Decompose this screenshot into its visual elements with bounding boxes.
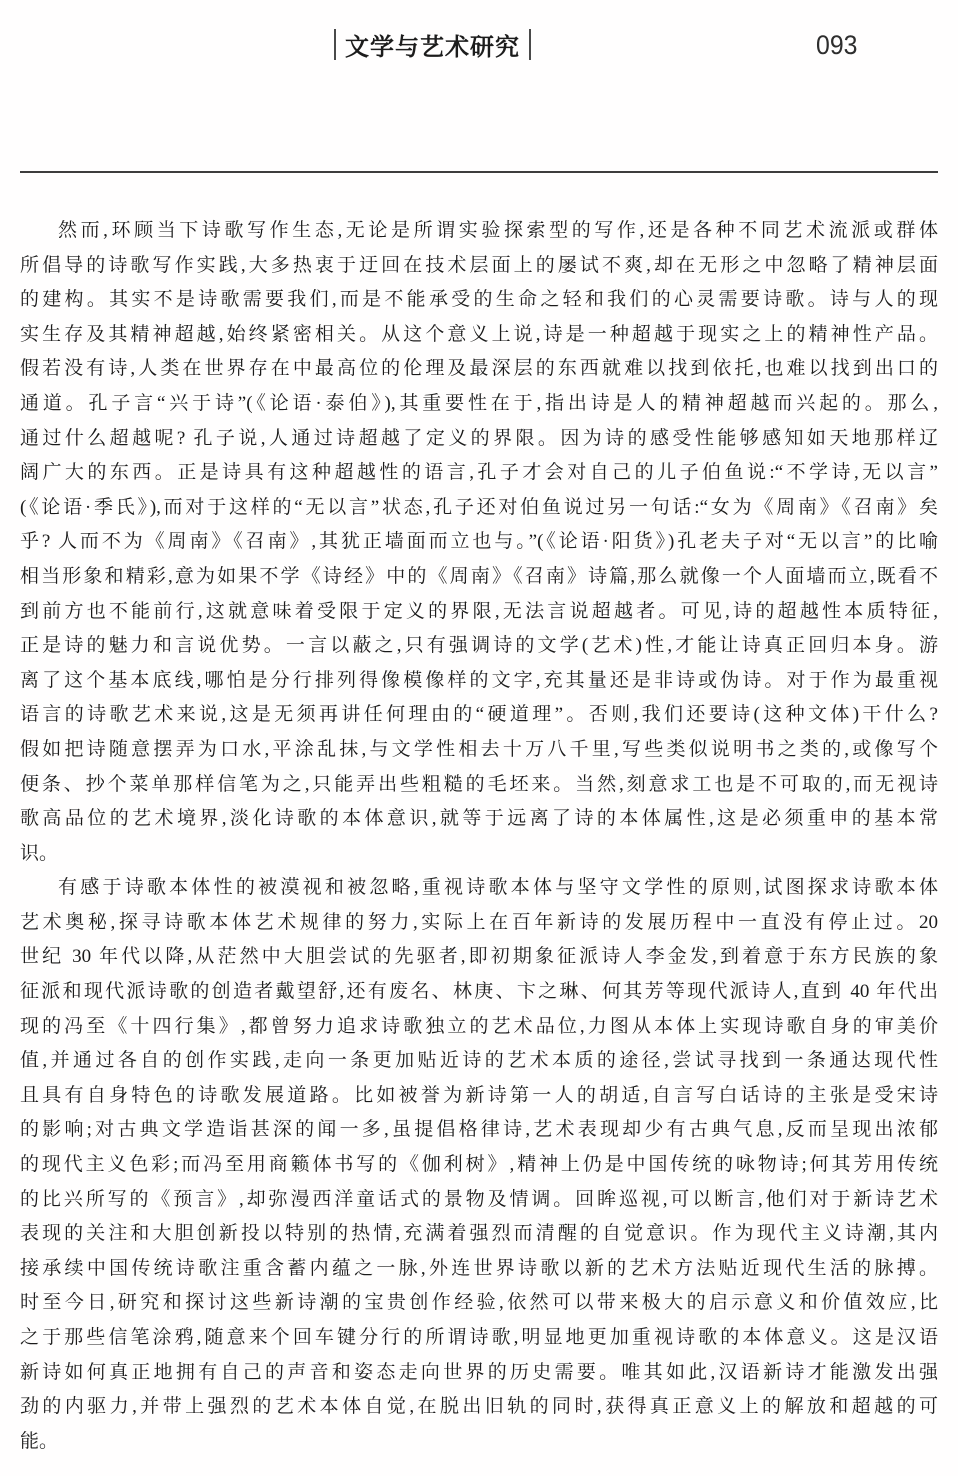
text-line: 到前方也不能前行,这就意味着受限于定义的界限,无法言说超越者。可见,诗的超越性本…: [20, 595, 938, 630]
text-line: 现的冯至《十四行集》,都曾努力追求诗歌独立的艺术品位,力图从本体上实现诗歌自身的…: [20, 1010, 938, 1045]
text-line: (《论语·季氏》),而对于这样的“无以言”状态,孔子还对伯鱼说过另一句话:“女为…: [20, 491, 938, 526]
text-line: 征派和现代派诗歌的创造者戴望舒,还有废名、林庚、卞之琳、何其芳等现代派诗人,直到…: [20, 975, 938, 1010]
paragraph: 有感于诗歌本体性的被漠视和被忽略,重视诗歌本体与坚守文学性的原则,试图探求诗歌本…: [20, 871, 938, 1459]
journal-page: 文学与艺术研究 093 然而,环顾当下诗歌写作生态,无论是所谓实验探索型的写作,…: [0, 0, 958, 1476]
text-line: 能。: [20, 1425, 938, 1460]
text-line: 通过什么超越呢? 孔子说,人通过诗超越了定义的界限。因为诗的感受性能够感知如天地…: [20, 422, 938, 457]
text-line: 表现的关注和大胆创新投以特别的热情,充满着强烈而清醒的自觉意识。作为现代主义诗潮…: [20, 1217, 938, 1252]
text-line: 然而,环顾当下诗歌写作生态,无论是所谓实验探索型的写作,还是各种不同艺术流派或群…: [20, 214, 938, 249]
paragraph: 然而,环顾当下诗歌写作生态,无论是所谓实验探索型的写作,还是各种不同艺术流派或群…: [20, 214, 938, 871]
header-rule: [20, 171, 938, 173]
title-left-bar-icon: [334, 29, 336, 60]
title-right-bar-icon: [529, 29, 531, 60]
text-line: 乎? 人而不为《周南》《召南》,其犹正墙面而立也与。”(《论语·阳货》)孔老夫子…: [20, 525, 938, 560]
text-line: 的建构。其实不是诗歌需要我们,而是不能承受的生命之轻和我们的心灵需要诗歌。诗与人…: [20, 283, 938, 318]
text-line: 时至今日,研究和探讨这些新诗潮的宝贵创作经验,依然可以带来极大的启示意义和价值效…: [20, 1286, 938, 1321]
text-line: 所倡导的诗歌写作实践,大多热衷于迂回在技术层面上的屡试不爽,却在无形之中忽略了精…: [20, 249, 938, 284]
text-line: 的现代主义色彩;而冯至用商籁体书写的《伽利树》,精神上仍是中国传统的咏物诗;何其…: [20, 1148, 938, 1183]
text-line: 艺术奥秘,探寻诗歌本体艺术规律的努力,实际上在百年新诗的发展历程中一直没有停止过…: [20, 906, 938, 941]
text-line: 假如把诗随意摆弄为口水,平涂乱抹,与文学性相去十万八千里,写些类似说明书之类的,…: [20, 733, 938, 768]
text-line: 值,并通过各自的创作实践,走向一条更加贴近诗的艺术本质的途径,尝试寻找到一条通达…: [20, 1044, 938, 1079]
text-line: 歌高品位的艺术境界,淡化诗歌的本体意识,就等于远离了诗的本体属性,这是必须重申的…: [20, 802, 938, 837]
text-line: 世纪 30 年代以降,从茫然中大胆尝试的先驱者,即初期象征派诗人李金发,到着意于…: [20, 940, 938, 975]
section-header: 文学与艺术研究: [334, 27, 531, 62]
text-line: 语言的诗歌艺术来说,这是无须再讲任何理由的“硬道理”。否则,我们还要诗(这种文体…: [20, 698, 938, 733]
page-number: 093: [816, 30, 857, 61]
section-title: 文学与艺术研究: [345, 27, 520, 62]
text-line: 劲的内驱力,并带上强烈的艺术本体自觉,在脱出旧轨的同时,获得真正意义上的解放和超…: [20, 1390, 938, 1425]
text-line: 且具有自身特色的诗歌发展道路。比如被誉为新诗第一人的胡适,自言写白话诗的主张是受…: [20, 1079, 938, 1114]
text-line: 阔广大的东西。正是诗具有这种超越性的语言,孔子才会对自己的儿子伯鱼说:“不学诗,…: [20, 456, 938, 491]
text-line: 接承续中国传统诗歌注重含蓄内蕴之一脉,外连世界诗歌以新的艺术方法贴近现代生活的脉…: [20, 1252, 938, 1287]
text-line: 假若没有诗,人类在世界存在中最高位的伦理及最深层的东西就难以找到依托,也难以找到…: [20, 352, 938, 387]
text-line: 便条、抄个菜单那样信笔为之,只能弄出些粗糙的毛坯来。当然,刻意求工也是不可取的,…: [20, 768, 938, 803]
text-line: 识。: [20, 837, 938, 872]
text-line: 的影响;对古典文学造诣甚深的闻一多,虽提倡格律诗,艺术表现却少有古典气息,反而呈…: [20, 1113, 938, 1148]
text-line: 实生存及其精神超越,始终紧密相关。从这个意义上说,诗是一种超越于现实之上的精神性…: [20, 318, 938, 353]
article-body: 然而,环顾当下诗歌写作生态,无论是所谓实验探索型的写作,还是各种不同艺术流派或群…: [20, 214, 938, 1459]
text-line: 通道。孔子言“兴于诗”(《论语·泰伯》),其重要性在于,指出诗是人的精神超越而兴…: [20, 387, 938, 422]
text-line: 离了这个基本底线,哪怕是分行排列得像模像样的文字,充其量还是非诗或伪诗。对于作为…: [20, 664, 938, 699]
text-line: 新诗如何真正地拥有自己的声音和姿态走向世界的历史需要。唯其如此,汉语新诗才能激发…: [20, 1356, 938, 1391]
text-line: 正是诗的魅力和言说优势。一言以蔽之,只有强调诗的文学(艺术)性,才能让诗真正回归…: [20, 629, 938, 664]
text-line: 的比兴所写的《预言》,却弥漫西洋童话式的景物及情调。回眸巡视,可以断言,他们对于…: [20, 1183, 938, 1218]
text-line: 之于那些信笔涂鸦,随意来个回车键分行的所谓诗歌,明显地更加重视诗歌的本体意义。这…: [20, 1321, 938, 1356]
text-line: 有感于诗歌本体性的被漠视和被忽略,重视诗歌本体与坚守文学性的原则,试图探求诗歌本…: [20, 871, 938, 906]
text-line: 相当形象和精彩,意为如果不学《诗经》中的《周南》《召南》诗篇,那么就像一个人面墙…: [20, 560, 938, 595]
